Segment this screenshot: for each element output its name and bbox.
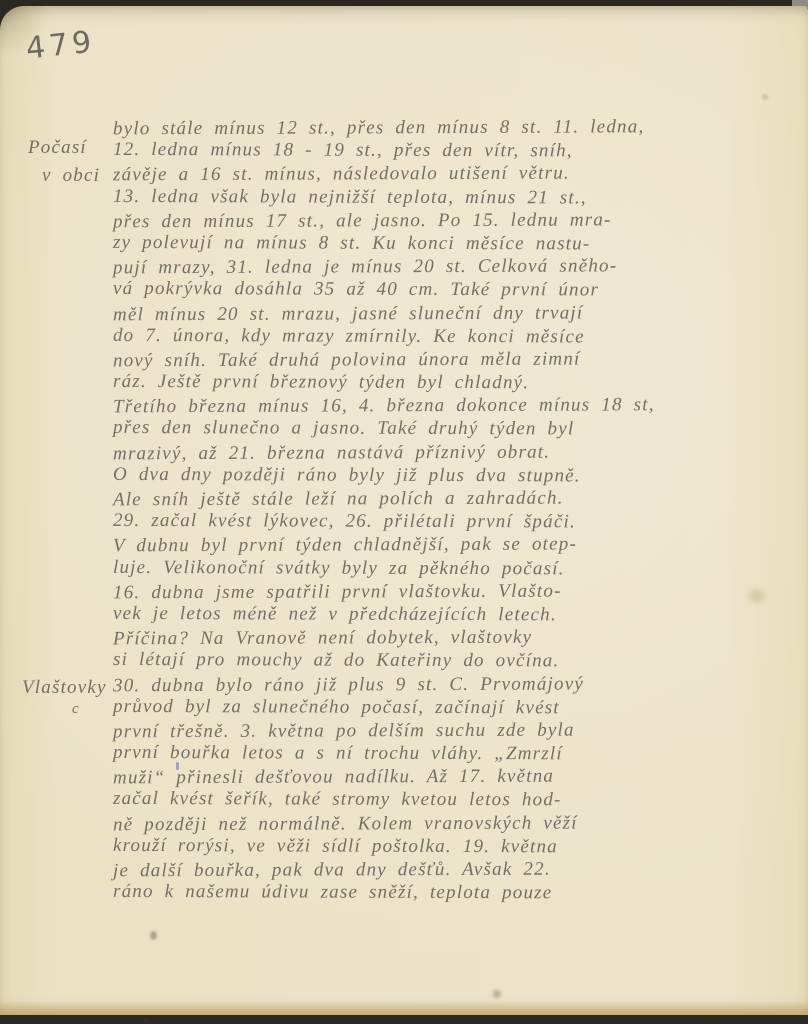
- text-line: ráno k našemu údivu zase sněží, teplota …: [113, 880, 805, 905]
- text-line: si létají pro mouchy až do Kateřiny do o…: [113, 648, 805, 673]
- text-line: bylo stále mínus 12 st., přes den mínus …: [113, 115, 805, 141]
- paper-stain: [150, 931, 157, 940]
- margin-note-weather-line1: Počasí: [28, 134, 100, 162]
- text-line: muži“ přinesli dešťovou nadílku. Až 17. …: [113, 764, 805, 790]
- text-line: Ale sníh ještě stále leží na polích a za…: [113, 486, 805, 512]
- text-line: přes den slunečno a jasno. Také druhý tý…: [113, 416, 805, 441]
- paper-stain: [143, 1018, 148, 1023]
- page-bottom-edge: [0, 1001, 808, 1015]
- text-line: je další bouřka, pak dva dny dešťů. Avša…: [113, 857, 805, 883]
- text-line: mrazivý, až 21. března nastává příznivý …: [113, 439, 805, 465]
- text-line: 12. ledna mínus 18 - 19 st., přes den ví…: [113, 138, 805, 163]
- margin-note-weather: Počasí v obci: [28, 134, 100, 190]
- text-line: první bouřka letos a s ní trochu vláhy. …: [113, 741, 805, 766]
- text-line: první třešně. 3. května po delším suchu …: [113, 718, 805, 744]
- text-line: vek je letos méně než v předcházejících …: [113, 602, 805, 627]
- text-line: zy polevují na mínus 8 st. Ku konci měsí…: [113, 231, 805, 256]
- text-line: 13. ledna však byla nejnižší teplota, mí…: [113, 184, 805, 209]
- page-number: 479: [24, 24, 97, 66]
- text-line: vá pokrývka dosáhla 35 až 40 cm. Také pr…: [113, 277, 805, 302]
- text-line: Příčina? Na Vranově není dobytek, vlašto…: [113, 625, 805, 651]
- photo-background: { "colors": { "paper": "#ebe2c4", "penci…: [0, 0, 808, 1024]
- paper-stain: [493, 990, 501, 998]
- text-line: do 7. února, kdy mrazy zmírnily. Ke konc…: [113, 324, 805, 349]
- text-line: Třetího března mínus 16, 4. března dokon…: [113, 393, 805, 419]
- margin-note-weather-line2: v obci: [42, 162, 100, 190]
- text-line: O dva dny později ráno byly již plus dva…: [113, 463, 805, 488]
- text-line: ně později než normálně. Kolem vranovský…: [113, 810, 805, 836]
- ink-mark: [176, 762, 179, 770]
- text-line: krouží rorýsi, ve věži sídlí poštolka. 1…: [113, 834, 805, 859]
- text-line: 16. dubna jsme spatřili první vlaštovku.…: [113, 578, 805, 604]
- margin-note-swallows-flourish: c: [72, 702, 107, 716]
- text-line: průvod byl za slunečného počasí, začínaj…: [113, 695, 805, 720]
- margin-note-swallows: Vlaštovky c: [22, 674, 107, 716]
- text-line: přes den mínus 17 st., ale jasno. Po 15.…: [113, 207, 805, 233]
- text-line: závěje a 16 st. mínus, následovalo utiše…: [113, 161, 805, 187]
- text-line: V dubnu byl první týden chladnější, pak …: [113, 532, 805, 558]
- text-line: začal kvést šeřík, také stromy kvetou le…: [113, 787, 805, 812]
- margin-note-swallows-label: Vlaštovky: [22, 674, 107, 702]
- text-line: luje. Velikonoční svátky byly za pěkného…: [113, 555, 805, 580]
- text-line: ráz. Ještě první březnový týden byl chla…: [113, 370, 805, 395]
- text-line: nový sníh. Také druhá polovina února měl…: [113, 347, 805, 373]
- paper-stain: [748, 589, 765, 603]
- text-line: pují mrazy, 31. ledna je mínus 20 st. Ce…: [113, 254, 805, 280]
- manuscript-page: 479 Počasí v obci Vlaštovky c bylo stále…: [0, 6, 808, 1015]
- text-line: měl mínus 20 st. mrazu, jasné sluneční d…: [113, 300, 805, 326]
- text-line: 29. začal kvést lýkovec, 26. přilétali p…: [113, 509, 805, 534]
- text-line: 30. dubna bylo ráno již plus 9 st. C. Pr…: [113, 671, 805, 697]
- manuscript-text: bylo stále mínus 12 st., přes den mínus …: [113, 116, 805, 904]
- paper-stain: [762, 94, 768, 100]
